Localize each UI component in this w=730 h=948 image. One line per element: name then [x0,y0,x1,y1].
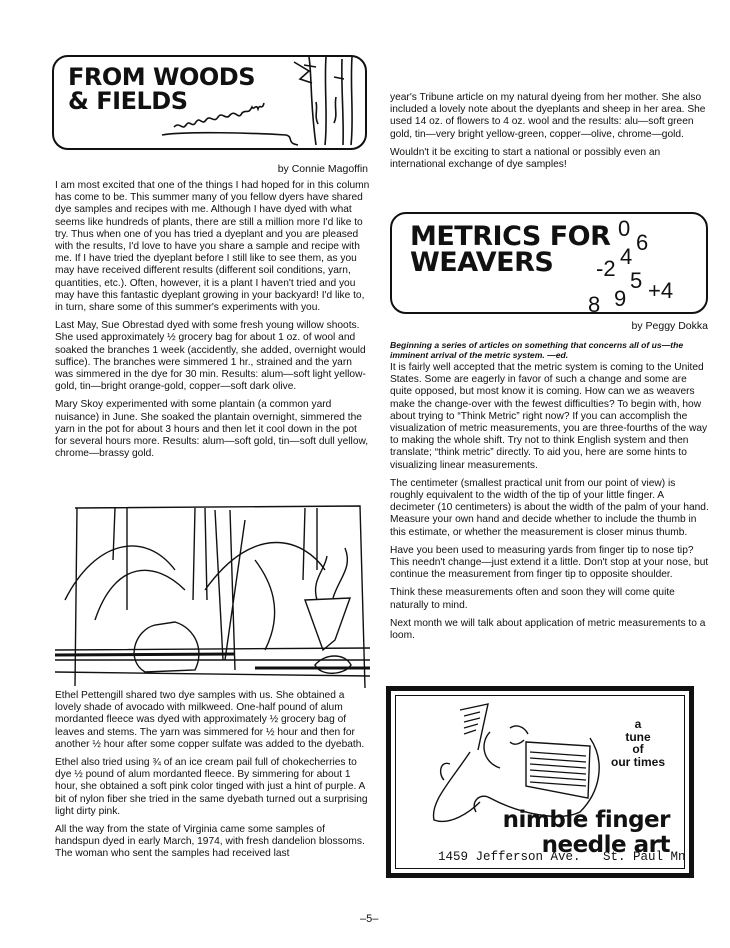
metrics-byline: by Peggy Dokka [540,320,708,332]
ad-tagline-line: of [593,743,683,756]
metrics-paragraph-2: The centimeter (smallest practical unit … [390,478,710,539]
metrics-paragraph-5: Next month we will talk about applicatio… [390,618,710,642]
woods-paragraph-2: Last May, Sue Obrestad dyed with some fr… [55,320,370,393]
editor-note: Beginning a series of articles on someth… [390,340,710,360]
woods-article-continuation: year's Tribune article on my natural dye… [390,92,710,177]
digit-decoration: +4 [648,278,673,304]
digit-decoration: 6 [636,230,648,256]
woods-paragraph-3: Mary Skoy experimented with some plantai… [55,399,370,460]
digit-decoration: 5 [630,268,642,294]
ad-tagline-line: our times [593,756,683,769]
woods-byline: by Connie Magoffin [200,163,368,175]
nimble-finger-advertisement: a tune of our times nimble finger needle… [386,686,694,878]
woods-title-line2: & FIELDS [68,89,255,113]
metrics-paragraph-4: Think these measurements often and soon … [390,587,710,611]
digit-decoration: 0 [618,216,630,242]
woods-article-body: I am most excited that one of the things… [55,180,370,466]
woods-paragraph-4: Ethel Pettengill shared two dye samples … [55,690,370,751]
woods-continued-paragraph-1: year's Tribune article on my natural dye… [390,92,710,141]
digit-decoration: 8 [588,292,600,318]
digit-decoration: 4 [620,244,632,270]
woods-title: FROM WOODS & FIELDS [68,65,255,113]
woods-fields-banner: FROM WOODS & FIELDS [52,55,367,150]
woods-continued-paragraph-2: Wouldn't it be exciting to start a natio… [390,147,710,171]
ad-inner-border: a tune of our times nimble finger needle… [395,695,685,869]
metrics-paragraph-1: It is fairly well accepted that the metr… [390,362,710,472]
metrics-article-body: Beginning a series of articles on someth… [390,340,710,648]
ad-tagline-line: a [593,718,683,731]
woods-paragraph-6: All the way from the state of Virginia c… [55,824,370,861]
metrics-paragraph-3: Have you been used to measuring yards fr… [390,545,710,582]
metrics-title-line2: WEAVERS [410,250,610,276]
metrics-weavers-banner: METRICS FOR WEAVERS 0 6 4 -2 5 +4 8 9 [390,212,708,314]
digit-decoration: 9 [614,286,626,312]
digit-decoration: -2 [596,256,616,282]
metrics-title: METRICS FOR WEAVERS [410,224,610,276]
ad-name-line1: nimble finger [503,808,670,833]
woods-paragraph-5: Ethel also tried using ¾ of an ice cream… [55,757,370,818]
ad-tagline: a tune of our times [593,718,683,768]
woods-paragraph-1: I am most excited that one of the things… [55,180,370,314]
ad-address: 1459 Jefferson Ave. St. Paul Mn [438,850,686,864]
woods-article-body-continued: Ethel Pettengill shared two dye samples … [55,690,370,867]
woods-title-line1: FROM WOODS [68,65,255,89]
page-number: –5– [360,913,378,925]
plants-in-window-illustration [55,500,370,688]
